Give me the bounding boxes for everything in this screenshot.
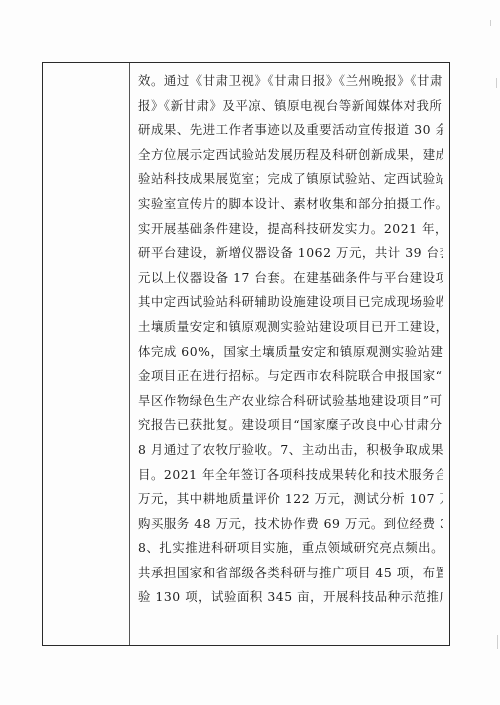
text-line-4: 全方位展示定西试验站发展历程及科研创新成果，建成定西试 <box>138 143 443 168</box>
table-right-cell: 效。通过《甘肃卫视》《甘肃日报》《兰州晚报》《甘肃经济日 报》《新甘肃》及平凉、… <box>130 63 449 645</box>
text-line-16: 8 月通过了农牧厅验收。7、主动出击，积极争取成果转化项 <box>138 438 443 463</box>
scan-artifact <box>497 635 498 649</box>
text-line-22: 验 130 项，试验面积 345 亩，开展科技品种示范推广 55 万亩， <box>138 585 443 610</box>
text-line-21: 共承担国家和省部级各类科研与推广项目 45 项，布置大田试 <box>138 561 443 586</box>
content-table: 效。通过《甘肃卫视》《甘肃日报》《兰州晚报》《甘肃经济日 报》《新甘肃》及平凉、… <box>42 62 450 646</box>
table-left-cell <box>43 63 130 645</box>
text-line-10: 其中定西试验站科研辅助设施建设项目已完成现场验收。国家 <box>138 290 443 315</box>
scan-artifact <box>490 20 491 26</box>
scan-artifact <box>496 78 497 88</box>
text-line-7: 实开展基础条件建设，提高科技研发实力。2021 年，开展科 <box>138 217 443 242</box>
text-line-13: 金项目正在进行招标。与定西市农科院联合申报国家“西北寒 <box>138 364 443 389</box>
text-line-20: 8、扎实推进科研项目实施，重点领域研究亮点频出。2021 年 <box>138 536 443 561</box>
text-line-9: 元以上仪器设备 17 台套。在建基础条件与平台建设项目 5 项， <box>138 266 443 291</box>
text-line-6: 实验室宣传片的脚本设计、素材收集和部分拍摄工作。6、扎 <box>138 192 443 217</box>
text-line-3: 研成果、先进工作者事迹以及重要活动宣传报道 30 余次；为 <box>138 118 443 143</box>
text-line-12: 体完成 60%，国家土壤质量安定和镇原观测实验站建设配套资 <box>138 340 443 365</box>
text-line-1: 效。通过《甘肃卫视》《甘肃日报》《兰州晚报》《甘肃经济日 <box>138 69 443 94</box>
text-line-15: 究报告已获批复。建设项目“国家糜子改良中心甘肃分中心” <box>138 413 443 438</box>
text-line-19: 购买服务 48 万元，技术协作费 69 万元。到位经费 300 万元。 <box>138 512 443 537</box>
text-line-14: 旱区作物绿色生产农业综合科研试验基地建设项目”可行性研 <box>138 389 443 414</box>
text-line-11: 土壤质量安定和镇原观测实验站建设项目已开工建设，目前整 <box>138 315 443 340</box>
text-line-2: 报》《新甘肃》及平凉、镇原电视台等新闻媒体对我所优秀科 <box>138 94 443 119</box>
document-page: 效。通过《甘肃卫视》《甘肃日报》《兰州晚报》《甘肃经济日 报》《新甘肃》及平凉、… <box>0 0 500 705</box>
text-line-18: 万元，其中耕地质量评价 122 万元，测试分析 107 万元，政府 <box>138 487 443 512</box>
text-line-8: 研平台建设，新增仪器设备 1062 万元，共计 39 台套，10 万 <box>138 241 443 266</box>
text-line-17: 目。2021 年全年签订各项科技成果转化和技术服务合同 346 <box>138 463 443 488</box>
text-line-5: 验站科技成果展览室；完成了镇原试验站、定西试验站及重点 <box>138 167 443 192</box>
